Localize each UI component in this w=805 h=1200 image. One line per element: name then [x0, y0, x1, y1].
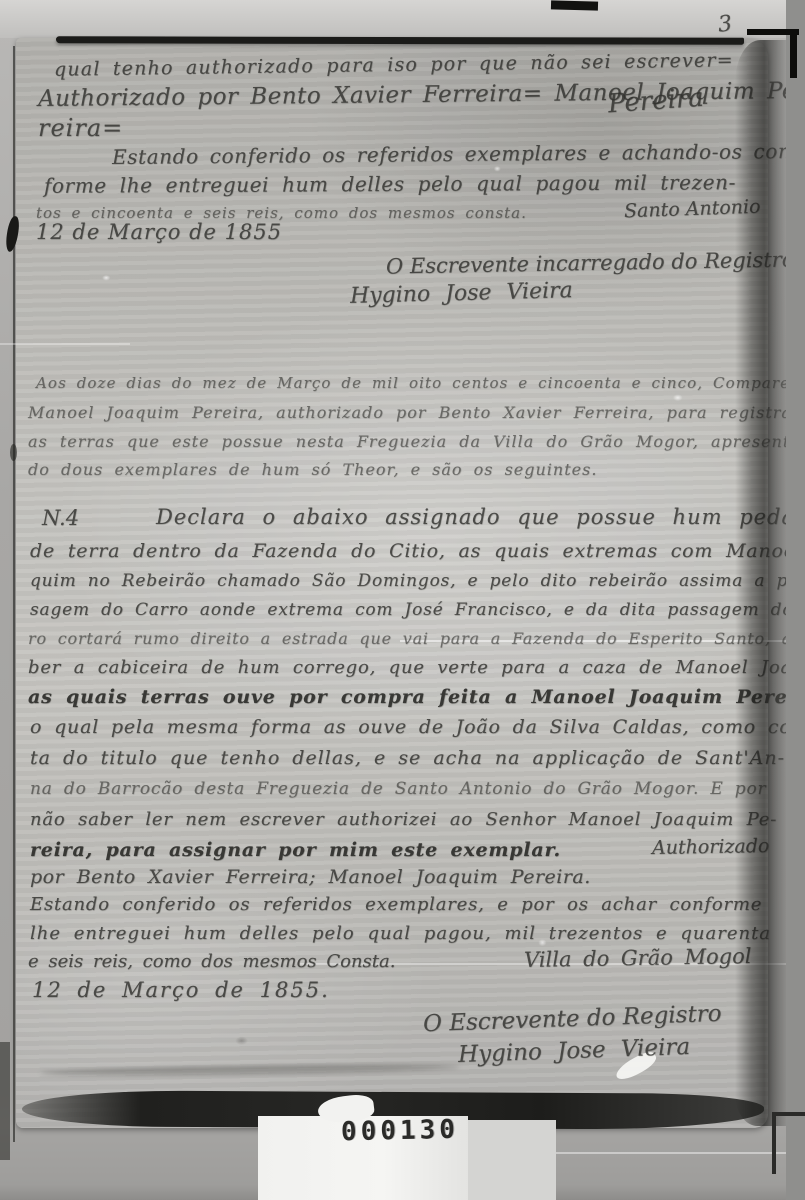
declaration-line: na do Barrocão desta Freguezia de Santo … [30, 779, 766, 799]
declaration-line: Estando conferido os referidos exemplare… [30, 894, 762, 915]
declaration-line: reira, para assignar por mim este exempl… [30, 839, 561, 861]
prev-entry-date: 12 de Março de 1855 [36, 220, 282, 244]
declaration-authorized-note: Authorizado [652, 835, 770, 859]
opening-line: Manoel Joaquim Pereira, authorizado por … [28, 403, 801, 422]
declaration-line: por Bento Xavier Ferreira; Manoel Joaqui… [30, 866, 591, 888]
page-top-edge-shadow [56, 36, 744, 44]
scan-edge-shadow-left [0, 1042, 10, 1160]
declaration-place: Villa do Grão Mogol [524, 944, 752, 972]
declaration-line: o qual pela mesma forma as ouve de João … [30, 716, 805, 738]
declaration-line: lhe entreguei hum delles pelo qual pagou… [30, 923, 771, 944]
crop-mark-top-right-vertical [790, 29, 797, 78]
scan-bed-right-strip [786, 0, 805, 1200]
margin-fold-line [13, 46, 15, 1142]
opening-line: do dous exemplares de hum só Theor, e sã… [28, 460, 597, 479]
declaration-line: Declara o abaixo assignado que possue hu… [156, 505, 805, 529]
declaration-line: ber a cabiceira de hum corrego, que vert… [28, 657, 805, 678]
prev-entry-line: forme lhe entreguei hum delles pelo qual… [44, 170, 736, 198]
crop-mark-bottom-right [772, 1112, 805, 1174]
declaration-line: quim no Rebeirão chamado São Domingos, e… [30, 571, 805, 591]
declaration-line: ta do titulo que tenho dellas, e se acha… [30, 747, 785, 769]
entry-number: N.4 [42, 506, 79, 530]
archive-label-patch-edge [468, 1120, 556, 1200]
declaration-date: 12 de Março de 1855. [32, 978, 330, 1002]
declaration-line: sagem do Carro aonde extrema com José Fr… [30, 600, 805, 620]
archive-stamp-number: 000130 [341, 1115, 460, 1147]
declaration-line: ro cortará rumo direito a estrada que va… [28, 629, 805, 648]
prev-entry-line: reira= [38, 114, 123, 142]
scan-bed-top-strip [0, 0, 805, 38]
top-edge-ink-mark [551, 0, 598, 10]
declaration-line: de terra dentro da Fazenda do Citio, as … [30, 540, 805, 562]
opening-line: Aos doze dias do mez de Março de mil oit… [36, 374, 805, 392]
declaration-line: não saber ler nem escrever authorizei ao… [30, 809, 777, 830]
declaration-line: as quais terras ouve por compra feita a … [28, 686, 805, 708]
page-number: 3 [717, 11, 734, 37]
opening-line: as terras que este possue nesta Freguezi… [28, 432, 805, 451]
declaration-line: e seis reis, como dos mesmos Consta. [28, 951, 396, 972]
scan-scratch-line [0, 343, 130, 345]
scanned-manuscript-page: 3 Pereira qual tenho authorizado para is… [0, 0, 805, 1200]
ink-blot-left-small [10, 444, 17, 461]
